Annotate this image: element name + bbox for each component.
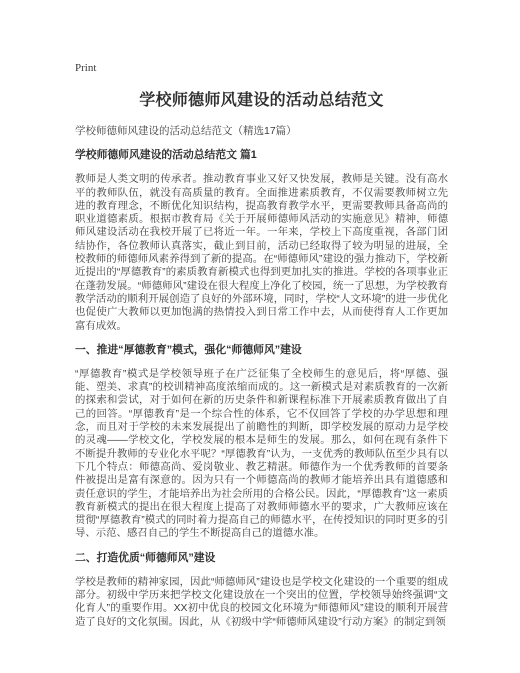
document-page: Print 学校师德师风建设的活动总结范文 学校师德师风建设的活动总结范文（精选… <box>0 0 520 673</box>
page-title: 学校师德师风建设的活动总结范文 <box>75 90 448 111</box>
paragraph-section-2: 学校是教师的精神家园，因此“师德师风”建设也是学校文化建设的一个重要的组成部分。… <box>75 576 448 629</box>
section-heading-pian1: 学校师德师风建设的活动总结范文 篇1 <box>75 148 448 162</box>
paragraph-section-1: “厚德教育”模式是学校领导班子在广泛征集了全校师生的意见后，将“厚德、强能、塑美… <box>75 368 448 541</box>
section-heading-2: 二、打造优质“师德师风”建设 <box>75 551 448 565</box>
page-subtitle: 学校师德师风建设的活动总结范文（精选17篇） <box>75 125 448 138</box>
print-link[interactable]: Print <box>75 62 96 75</box>
paragraph-intro: 教师是人类文明的传承者。推动教育事业又好又快发展，教师是关键。没有高水平的教师队… <box>75 173 448 333</box>
section-heading-1: 一、推进“厚德教育”模式，强化“师德师风”建设 <box>75 343 448 357</box>
